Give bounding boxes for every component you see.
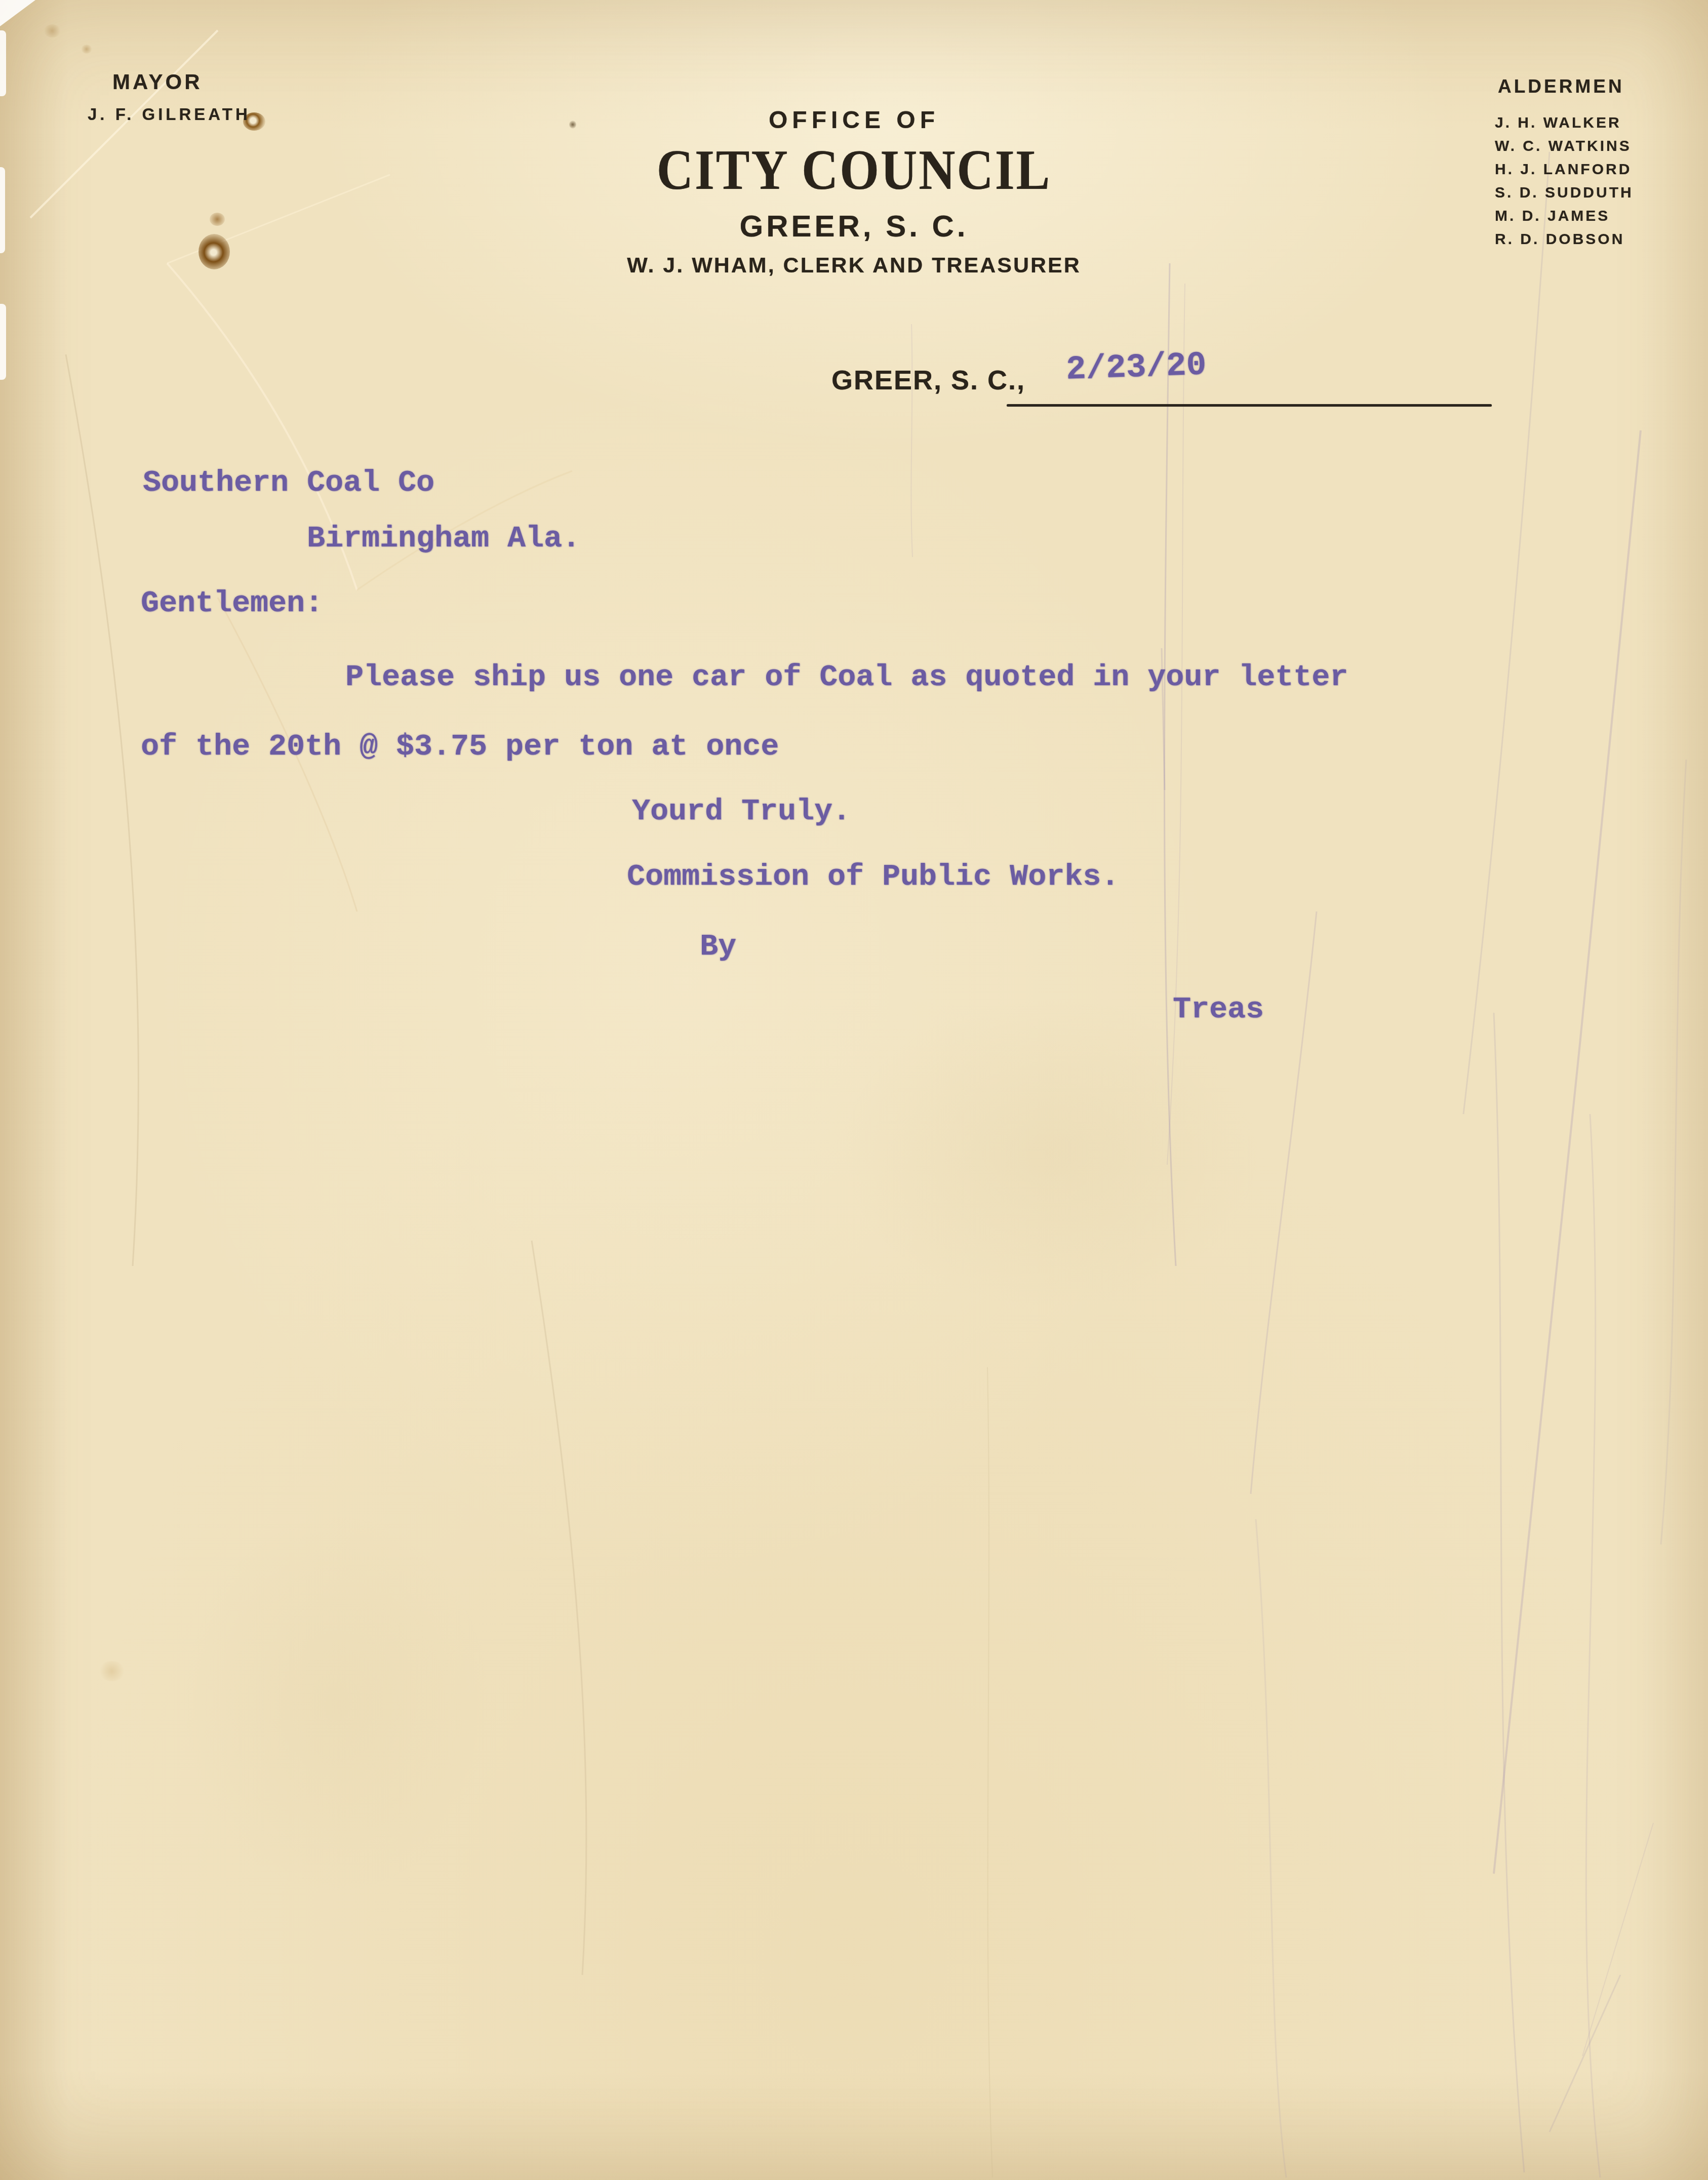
- ghost-ink-transfer: [122, 1438, 552, 1970]
- signer-title: Treas: [1173, 993, 1264, 1027]
- body-line-1: Please ship us one car of Coal as quoted…: [345, 660, 1348, 695]
- ink-stain: [198, 234, 230, 269]
- paper-edge-notch: [0, 167, 5, 253]
- ink-stain: [99, 1661, 125, 1681]
- alderman-name: S. D. SUDDUTH: [1495, 184, 1634, 202]
- ink-stain: [210, 213, 225, 226]
- alderman-name: R. D. DOBSON: [1495, 231, 1634, 248]
- aldermen-list: J. H. WALKER W. C. WATKINS H. J. LANFORD…: [1495, 114, 1634, 254]
- torn-corner: [0, 0, 35, 26]
- by-label: By: [700, 930, 736, 964]
- alderman-name: J. H. WALKER: [1495, 114, 1634, 132]
- mayor-name: J. F. GILREATH: [88, 105, 251, 124]
- signature-org-line: Commission of Public Works.: [627, 860, 1119, 894]
- ink-stain: [569, 121, 576, 129]
- paper-edge-notch: [0, 304, 6, 380]
- office-of-line: OFFICE OF: [769, 106, 939, 134]
- paper-edge-notch: [0, 30, 6, 96]
- alderman-name: M. D. JAMES: [1495, 208, 1634, 225]
- body-line-2: of the 20th @ $3.75 per ton at once: [141, 730, 779, 764]
- crease-lines-overlay: [0, 0, 1708, 2180]
- recipient-line: Southern Coal Co: [143, 466, 434, 500]
- mayor-label: MAYOR: [112, 70, 202, 94]
- aldermen-label: ALDERMEN: [1498, 76, 1624, 97]
- clerk-treasurer-line: W. J. WHAM, CLERK AND TREASURER: [627, 253, 1081, 278]
- dateline-date: 2/23/20: [1065, 346, 1207, 389]
- ink-stain: [81, 45, 92, 54]
- organization-city: GREER, S. C.: [739, 209, 968, 244]
- recipient-city-line: Birmingham Ala.: [307, 522, 580, 556]
- closing-line: Yourd Truly.: [632, 795, 851, 829]
- salutation-line: Gentlemen:: [141, 586, 323, 621]
- organization-title: CITY COUNCIL: [657, 137, 1052, 203]
- dateline-rule: [1007, 404, 1492, 407]
- alderman-name: H. J. LANFORD: [1495, 161, 1634, 178]
- ink-stain: [44, 24, 61, 37]
- alderman-name: W. C. WATKINS: [1495, 138, 1634, 155]
- dateline-place: GREER, S. C.,: [831, 365, 1025, 396]
- letter-page: MAYOR J. F. GILREATH OFFICE OF CITY COUN…: [0, 0, 1708, 2180]
